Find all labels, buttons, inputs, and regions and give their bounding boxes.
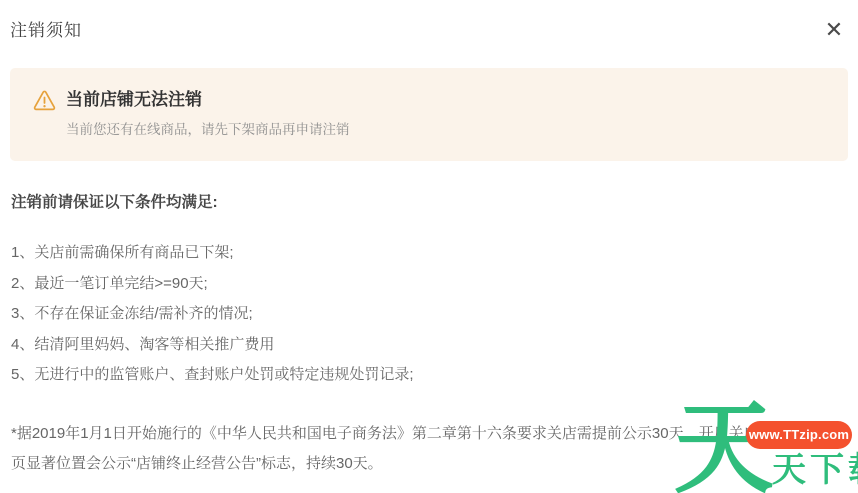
dialog-title: 注销须知: [10, 21, 82, 40]
warning-triangle-icon: [33, 90, 56, 111]
dialog-header: 注销须知 ✕: [0, 0, 858, 44]
warning-subtitle: 当前您还有在线商品，请先下架商品再申请注销: [66, 121, 832, 139]
condition-item-5: 5、无进行中的监管账户、查封账户处罚或特定违规处罚记录;: [11, 360, 846, 391]
legal-footnote: *据2019年1月1日开始施行的《中华人民共和国电子商务法》第二章第十六条要求关…: [11, 419, 849, 479]
conditions-list: 1、关店前需确保所有商品已下架; 2、最近一笔订单完结>=90天; 3、不存在保…: [11, 238, 846, 391]
warning-title: 当前店铺无法注销: [66, 88, 202, 112]
conditions-section-header: 注销前请保证以下条件均满足:: [11, 192, 846, 213]
condition-item-1: 1、关店前需确保所有商品已下架;: [11, 238, 846, 269]
close-icon[interactable]: ✕: [820, 16, 848, 44]
condition-item-4: 4、结清阿里妈妈、淘客等相关推广费用: [11, 330, 846, 361]
warning-banner-title-row: 当前店铺无法注销: [33, 88, 832, 112]
warning-banner: 当前店铺无法注销 当前您还有在线商品，请先下架商品再申请注销: [10, 68, 848, 161]
condition-item-3: 3、不存在保证金冻结/需补齐的情况;: [11, 299, 846, 330]
deregistration-notice-dialog: 注销须知 ✕ 当前店铺无法注销 当前您还有在线商品，请先下架商品再申请注销 注销…: [0, 0, 858, 493]
dialog-body: 注销前请保证以下条件均满足: 1、关店前需确保所有商品已下架; 2、最近一笔订单…: [0, 192, 858, 479]
condition-item-2: 2、最近一笔订单完结>=90天;: [11, 269, 846, 300]
